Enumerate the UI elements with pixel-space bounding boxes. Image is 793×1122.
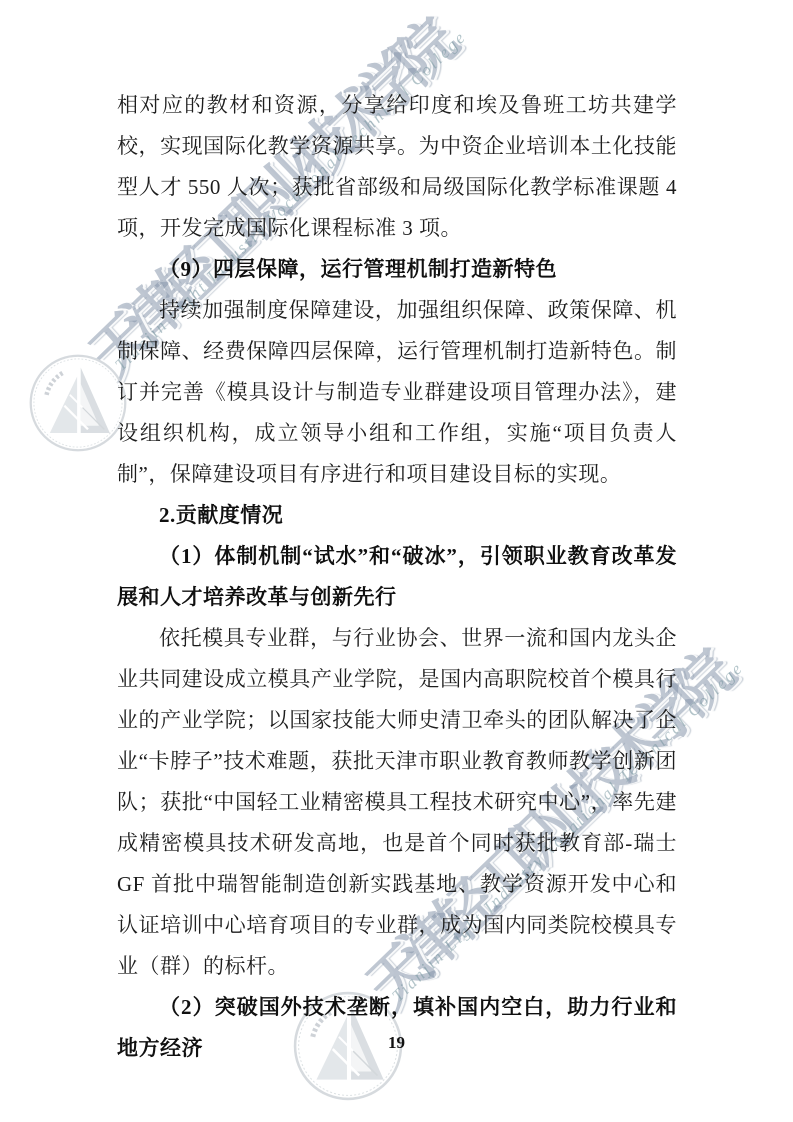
paragraph: 持续加强制度保障建设，加强组织保障、政策保障、机制保障、经费保障四层保障，运行管… (117, 290, 677, 495)
document-body: 相对应的教材和资源，分享给印度和埃及鲁班工坊共建学校，实现国际化教学资源共享。为… (117, 85, 677, 1069)
section-heading-2: （2）突破国外技术垄断，填补国内空白，助力行业和地方经济 (117, 987, 677, 1069)
paragraph-continuation: 相对应的教材和资源，分享给印度和埃及鲁班工坊共建学校，实现国际化教学资源共享。为… (117, 85, 677, 249)
section-heading-1: （1）体制机制“试水”和“破冰”，引领职业教育改革发展和人才培养改革与创新先行 (117, 536, 677, 618)
document-page: 天津轻工职业技术学院 Tianjin Light Industry Vocati… (0, 0, 793, 1122)
college-seal-icon (28, 353, 128, 453)
section-heading-contribution: 2.贡献度情况 (117, 495, 677, 536)
paragraph: 依托模具专业群，与行业协会、世界一流和国内龙头企业共同建设成立模具产业学院，是国… (117, 618, 677, 987)
page-number: 19 (0, 1033, 793, 1053)
section-heading-9: （9）四层保障，运行管理机制打造新特色 (117, 249, 677, 290)
